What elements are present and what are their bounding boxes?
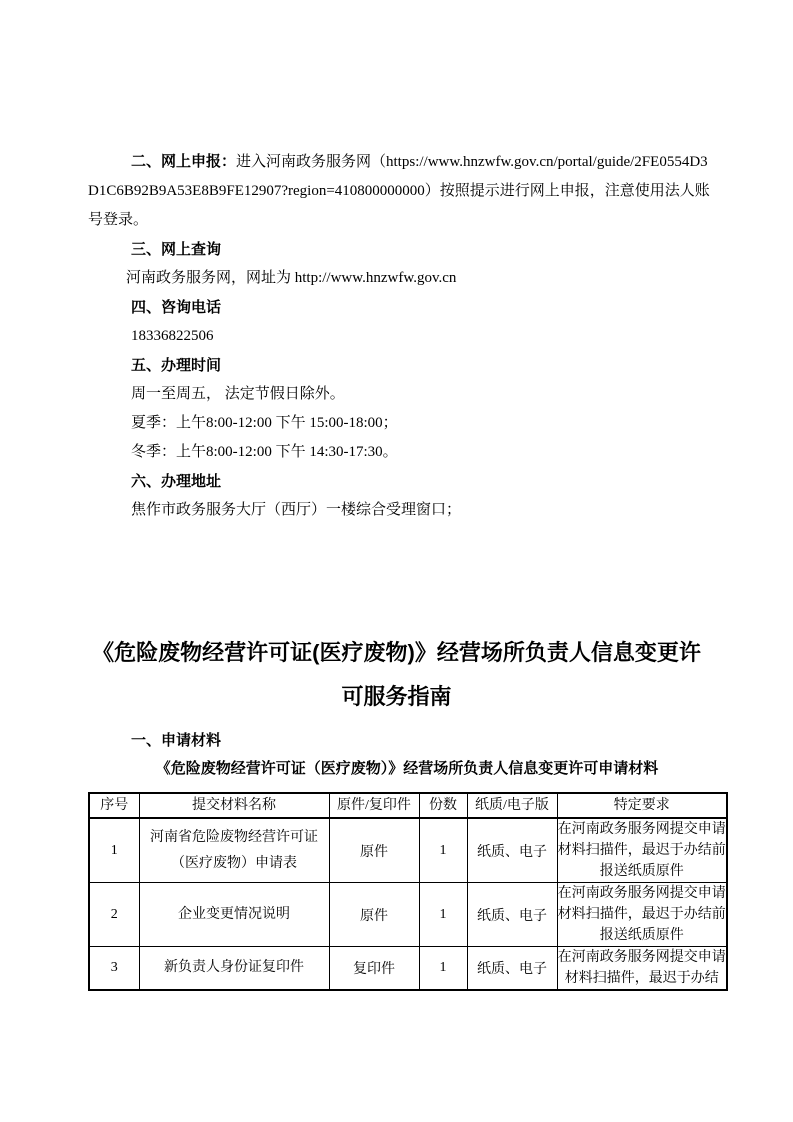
column-header-name: 提交材料名称 [139,793,329,818]
phone-heading: 四、咨询电话 [88,293,712,322]
cell-no: 3 [89,947,139,991]
cell-original: 原件 [329,818,419,883]
materials-section: 一、申请材料 《危险废物经营许可证（医疗废物）》经营场所负责人信息变更许可申请材… [88,726,726,991]
cell-copies: 1 [419,883,467,947]
cell-format: 纸质、电子 [467,818,557,883]
guide-title: 《危险废物经营许可证(医疗废物)》经营场所负责人信息变更许 可服务指南 [0,631,793,719]
materials-heading: 一、申请材料 [88,726,726,755]
table-row: 1 河南省危险废物经营许可证（医疗废物）申请表 原件 1 纸质、电子 在河南政务… [89,818,727,883]
online-apply-heading: 二、网上申报： [131,153,236,170]
cell-format: 纸质、电子 [467,883,557,947]
column-header-format: 纸质/电子版 [467,793,557,818]
notice-section: 二、网上申报：进入河南政务服务网（https://www.hnzwfw.gov.… [88,147,712,525]
cell-name: 企业变更情况说明 [139,883,329,947]
hours-summer: 夏季：上午8:00-12:00 下午 15:00-18:00； [88,409,712,438]
cell-copies: 1 [419,947,467,991]
table-header-row: 序号 提交材料名称 原件/复印件 份数 纸质/电子版 特定要求 [89,793,727,818]
cell-name: 新负责人身份证复印件 [139,947,329,991]
column-header-requirement: 特定要求 [557,793,727,818]
address-heading: 六、办理地址 [88,467,712,496]
hours-winter: 冬季：上午8:00-12:00 下午 14:30-17:30。 [88,438,712,467]
materials-table: 序号 提交材料名称 原件/复印件 份数 纸质/电子版 特定要求 1 河南省危险废… [88,792,728,991]
table-row: 2 企业变更情况说明 原件 1 纸质、电子 在河南政务服务网提交申请材料扫描件，… [89,883,727,947]
table-row: 3 新负责人身份证复印件 复印件 1 纸质、电子 在河南政务服务网提交申请材料扫… [89,947,727,991]
online-query-text: 河南政务服务网，网址为 http://www.hnzwfw.gov.cn [88,264,712,293]
hours-weekdays: 周一至周五， 法定节假日除外。 [88,380,712,409]
address-text: 焦作市政务服务大厅（西厅）一楼综合受理窗口； [88,496,712,525]
online-query-heading: 三、网上查询 [88,235,712,264]
phone-number: 18336822506 [88,322,712,351]
cell-no: 1 [89,818,139,883]
cell-no: 2 [89,883,139,947]
cell-format: 纸质、电子 [467,947,557,991]
document-page: 二、网上申报：进入河南政务服务网（https://www.hnzwfw.gov.… [0,0,793,1122]
cell-original: 复印件 [329,947,419,991]
cell-requirement: 在河南政务服务网提交申请材料扫描件，最迟于办结 [557,947,727,991]
cell-copies: 1 [419,818,467,883]
online-apply-paragraph: 二、网上申报：进入河南政务服务网（https://www.hnzwfw.gov.… [88,147,712,235]
materials-table-caption: 《危险废物经营许可证（医疗废物）》经营场所负责人信息变更许可申请材料 [88,755,726,784]
cell-name: 河南省危险废物经营许可证（医疗废物）申请表 [139,818,329,883]
column-header-copies: 份数 [419,793,467,818]
cell-original: 原件 [329,883,419,947]
guide-title-line1: 《危险废物经营许可证(医疗废物)》经营场所负责人信息变更许 [0,631,793,675]
cell-requirement: 在河南政务服务网提交申请材料扫描件，最迟于办结前报送纸质原件 [557,818,727,883]
guide-title-line2: 可服务指南 [0,675,793,719]
column-header-no: 序号 [89,793,139,818]
column-header-original: 原件/复印件 [329,793,419,818]
hours-heading: 五、办理时间 [88,351,712,380]
cell-requirement: 在河南政务服务网提交申请材料扫描件，最迟于办结前报送纸质原件 [557,883,727,947]
